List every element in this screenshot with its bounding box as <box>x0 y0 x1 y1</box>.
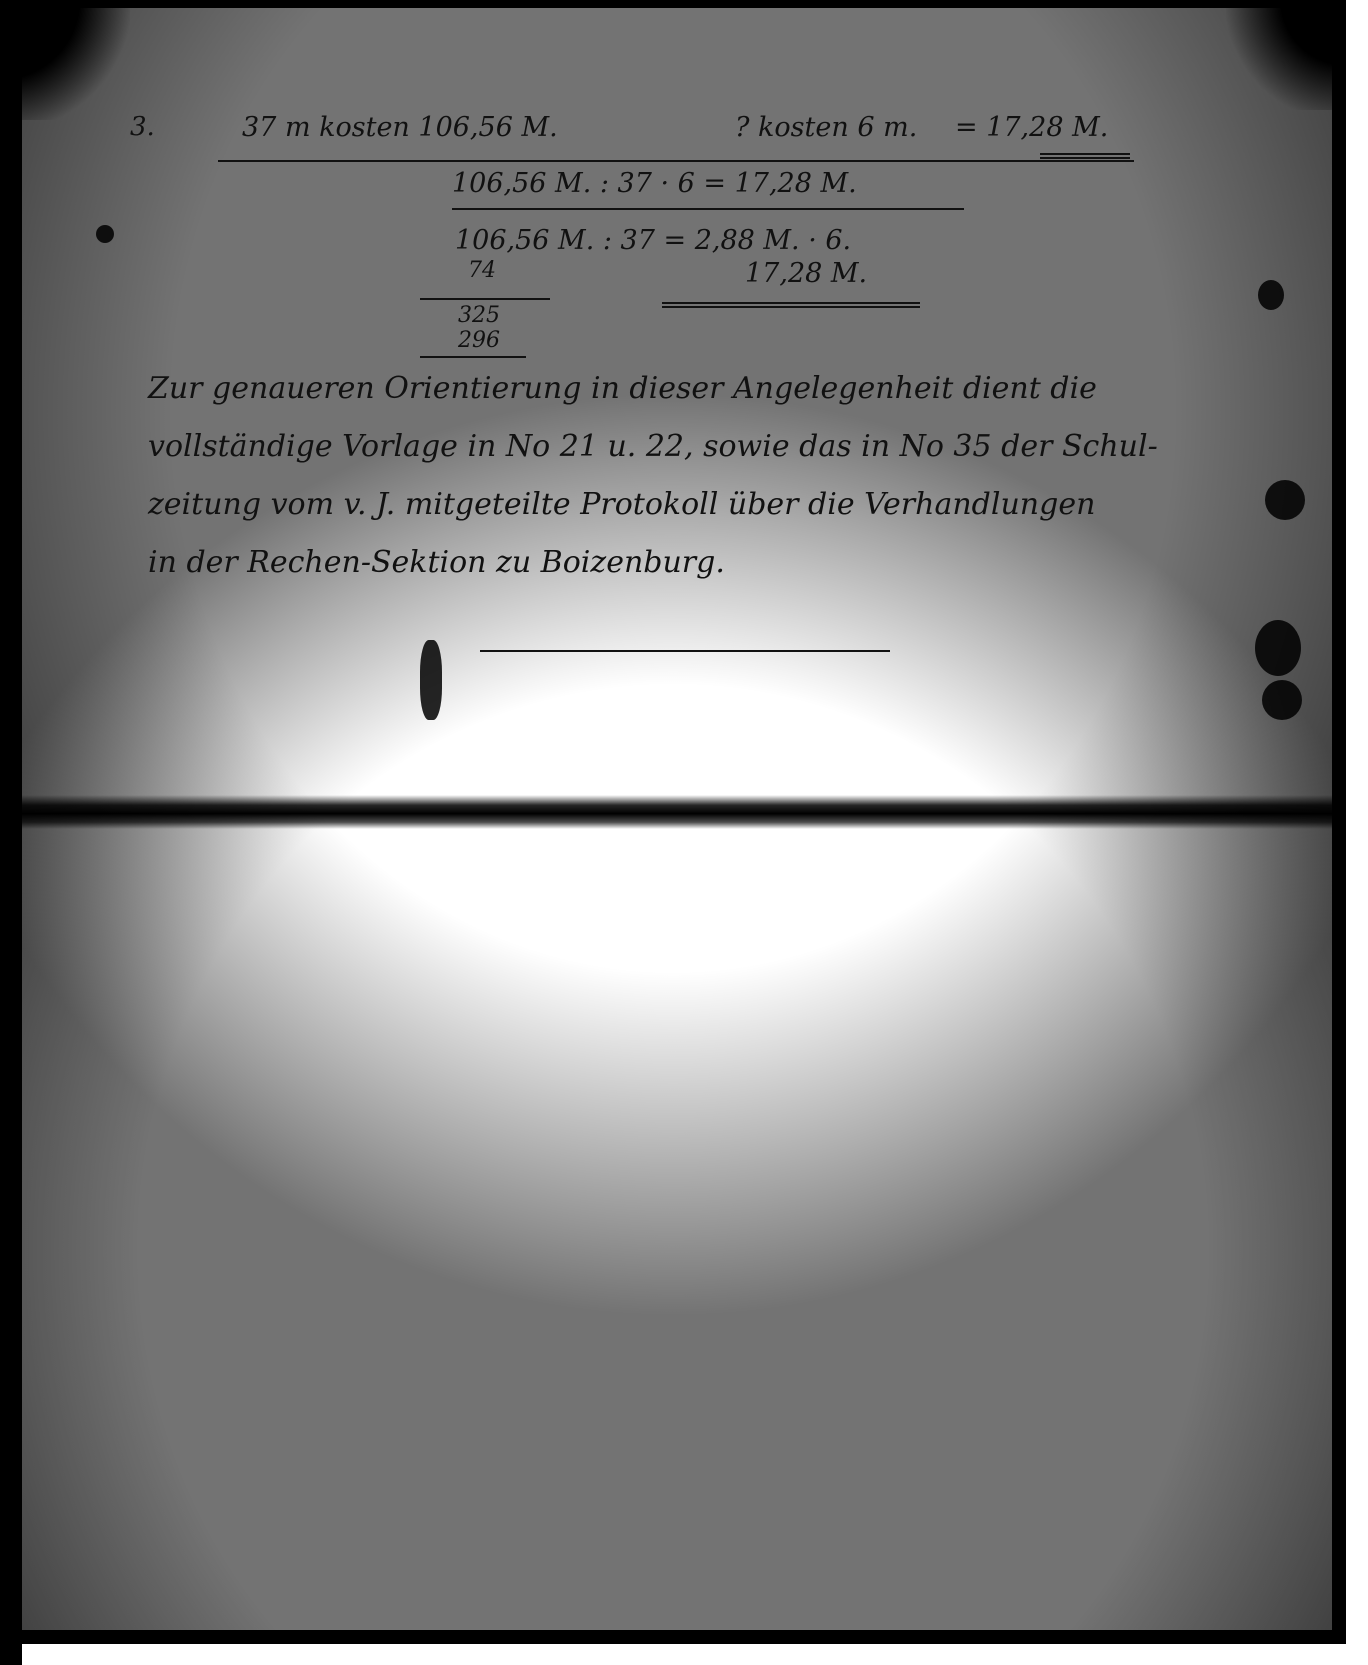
solution-rule <box>452 208 964 210</box>
scan-edge-left <box>0 0 22 1665</box>
scan-edge-bottom <box>0 1630 1346 1644</box>
subtraction-rule-1 <box>420 298 550 300</box>
paragraph-line-3: zeitung vom v. J. mitgeteilte Protokoll … <box>148 476 1278 534</box>
paragraph-line-2: vollständige Vorlage in No 21 u. 22, sow… <box>148 418 1278 476</box>
paragraph-line-4: in der Rechen-Sektion zu Boizenburg. <box>148 534 1278 592</box>
ink-stain <box>96 225 114 243</box>
scan-edge-top <box>0 0 1346 8</box>
problem-result: = 17,28 M. <box>955 112 1108 143</box>
ink-stain <box>1255 620 1301 676</box>
page-fold-crease <box>0 795 1346 829</box>
result-double-underline <box>1040 153 1130 155</box>
working-product: 17,28 M. <box>745 258 867 289</box>
heading-rule <box>218 160 1134 162</box>
ink-stain <box>1258 280 1284 310</box>
note-paragraph: Zur genaueren Orientierung in dieser Ang… <box>148 360 1278 592</box>
subtraction-rule-2 <box>420 356 526 358</box>
solution-line: 106,56 M. : 37 · 6 = 17,28 M. <box>452 168 857 199</box>
problem-number: 3. <box>130 112 155 142</box>
ink-stain <box>1262 680 1302 720</box>
corner-shadow-top-right <box>1226 0 1346 110</box>
paragraph-line-1: Zur genaueren Orientierung in dieser Ang… <box>148 360 1278 418</box>
problem-statement-part1: 37 m kosten 106,56 M. <box>242 112 558 143</box>
subtraction-296: 296 <box>458 328 500 353</box>
ink-stain <box>420 640 442 720</box>
subtraction-74: 74 <box>468 258 496 283</box>
closing-rule <box>480 650 890 652</box>
working-division: 106,56 M. : 37 = 2,88 M. · 6. <box>455 225 851 256</box>
problem-statement-part2: ? kosten 6 m. <box>735 112 917 143</box>
product-double-underline <box>662 302 920 304</box>
subtraction-325: 325 <box>458 303 500 328</box>
scanned-page: 3. 37 m kosten 106,56 M. ? kosten 6 m. =… <box>0 0 1346 1644</box>
